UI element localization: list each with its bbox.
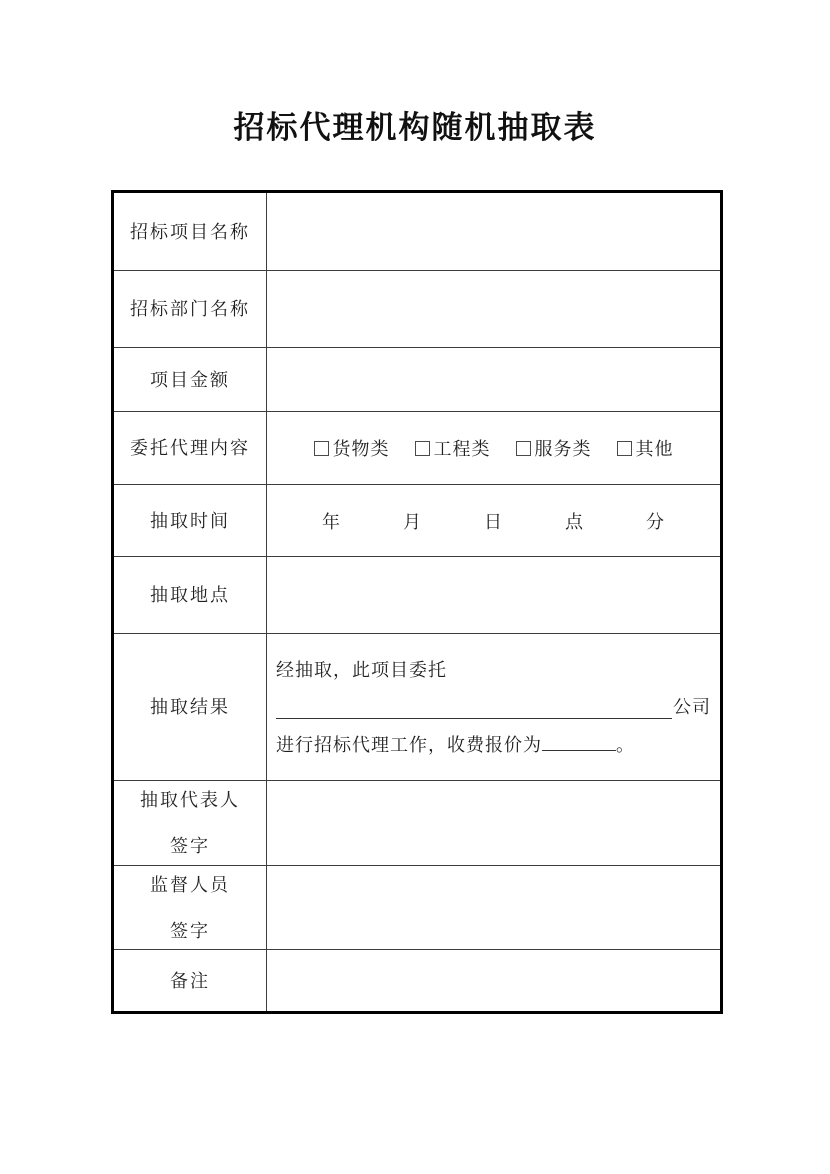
- row-label-selection-time: 抽取时间: [114, 485, 267, 556]
- checkbox-option-services: 服务类: [516, 435, 592, 461]
- checkbox-icon: [415, 441, 430, 456]
- blank-line: [276, 700, 672, 719]
- result-line-3-period: 。: [616, 735, 635, 755]
- project-name-cell: [267, 193, 720, 270]
- table-row-agency-content: 委托代理内容 货物类 工程类 服务类 其他: [114, 411, 720, 484]
- result-line-1: 经抽取，此项目委托: [276, 658, 711, 682]
- row-label-line-1: 监督人员: [150, 874, 230, 896]
- result-line-2: 公司: [276, 695, 711, 719]
- row-label-selection-result: 抽取结果: [114, 634, 267, 780]
- project-amount-cell: [267, 348, 720, 411]
- document-title: 招标代理机构随机抽取表: [0, 0, 830, 150]
- selection-location-cell: [267, 557, 720, 633]
- time-unit-month: 月: [403, 508, 422, 534]
- agency-content-cell: 货物类 工程类 服务类 其他: [267, 412, 720, 484]
- document-page: 招标代理机构随机抽取表 招标项目名称 招标部门名称 项目金额 委托代理内容 货物…: [0, 0, 830, 1174]
- checkbox-option-goods: 货物类: [314, 435, 390, 461]
- row-label-project-amount: 项目金额: [114, 348, 267, 411]
- row-label-selection-location: 抽取地点: [114, 557, 267, 633]
- checkbox-option-label: 其他: [636, 435, 674, 461]
- checkbox-option-label: 工程类: [434, 435, 491, 461]
- row-label-line-2: 签字: [170, 835, 210, 857]
- table-row-department-name: 招标部门名称: [114, 270, 720, 347]
- row-label-agency-content: 委托代理内容: [114, 412, 267, 484]
- checkbox-icon: [516, 441, 531, 456]
- result-line-3-prefix: 进行招标代理工作，收费报价为: [276, 735, 542, 755]
- table-row-representative-signature: 抽取代表人 签字: [114, 780, 720, 865]
- row-label-line-2: 签字: [170, 920, 210, 942]
- form-table: 招标项目名称 招标部门名称 项目金额 委托代理内容 货物类 工程类: [111, 190, 723, 1014]
- checkbox-option-label: 服务类: [535, 435, 592, 461]
- row-label-remarks: 备注: [114, 950, 267, 1011]
- representative-signature-cell: [267, 781, 720, 865]
- time-unit-day: 日: [484, 508, 503, 534]
- time-unit-year: 年: [322, 508, 341, 534]
- checkbox-option-other: 其他: [617, 435, 674, 461]
- table-row-selection-location: 抽取地点: [114, 556, 720, 633]
- row-label-supervisor-signature: 监督人员 签字: [114, 866, 267, 949]
- checkbox-icon: [617, 441, 632, 456]
- table-row-project-name: 招标项目名称: [114, 193, 720, 270]
- selection-result-cell: 经抽取，此项目委托 公司 进行招标代理工作，收费报价为。: [267, 634, 720, 780]
- checkbox-option-engineering: 工程类: [415, 435, 491, 461]
- table-row-project-amount: 项目金额: [114, 347, 720, 411]
- blank-line: [542, 734, 616, 751]
- row-label-line-1: 抽取代表人: [140, 789, 240, 811]
- checkbox-icon: [314, 441, 329, 456]
- time-unit-minute: 分: [646, 508, 665, 534]
- table-row-remarks: 备注: [114, 949, 720, 1011]
- department-name-cell: [267, 271, 720, 347]
- row-label-representative-signature: 抽取代表人 签字: [114, 781, 267, 865]
- remarks-cell: [267, 950, 720, 1011]
- supervisor-signature-cell: [267, 866, 720, 949]
- table-row-selection-time: 抽取时间 年 月 日 点 分: [114, 484, 720, 556]
- row-label-project-name: 招标项目名称: [114, 193, 267, 270]
- row-label-department-name: 招标部门名称: [114, 271, 267, 347]
- time-unit-hour: 点: [565, 508, 584, 534]
- table-row-supervisor-signature: 监督人员 签字: [114, 865, 720, 949]
- checkbox-option-label: 货物类: [333, 435, 390, 461]
- company-suffix: 公司: [673, 695, 711, 719]
- selection-time-cell: 年 月 日 点 分: [267, 485, 720, 556]
- table-row-selection-result: 抽取结果 经抽取，此项目委托 公司 进行招标代理工作，收费报价为。: [114, 633, 720, 780]
- result-line-3: 进行招标代理工作，收费报价为。: [276, 733, 711, 757]
